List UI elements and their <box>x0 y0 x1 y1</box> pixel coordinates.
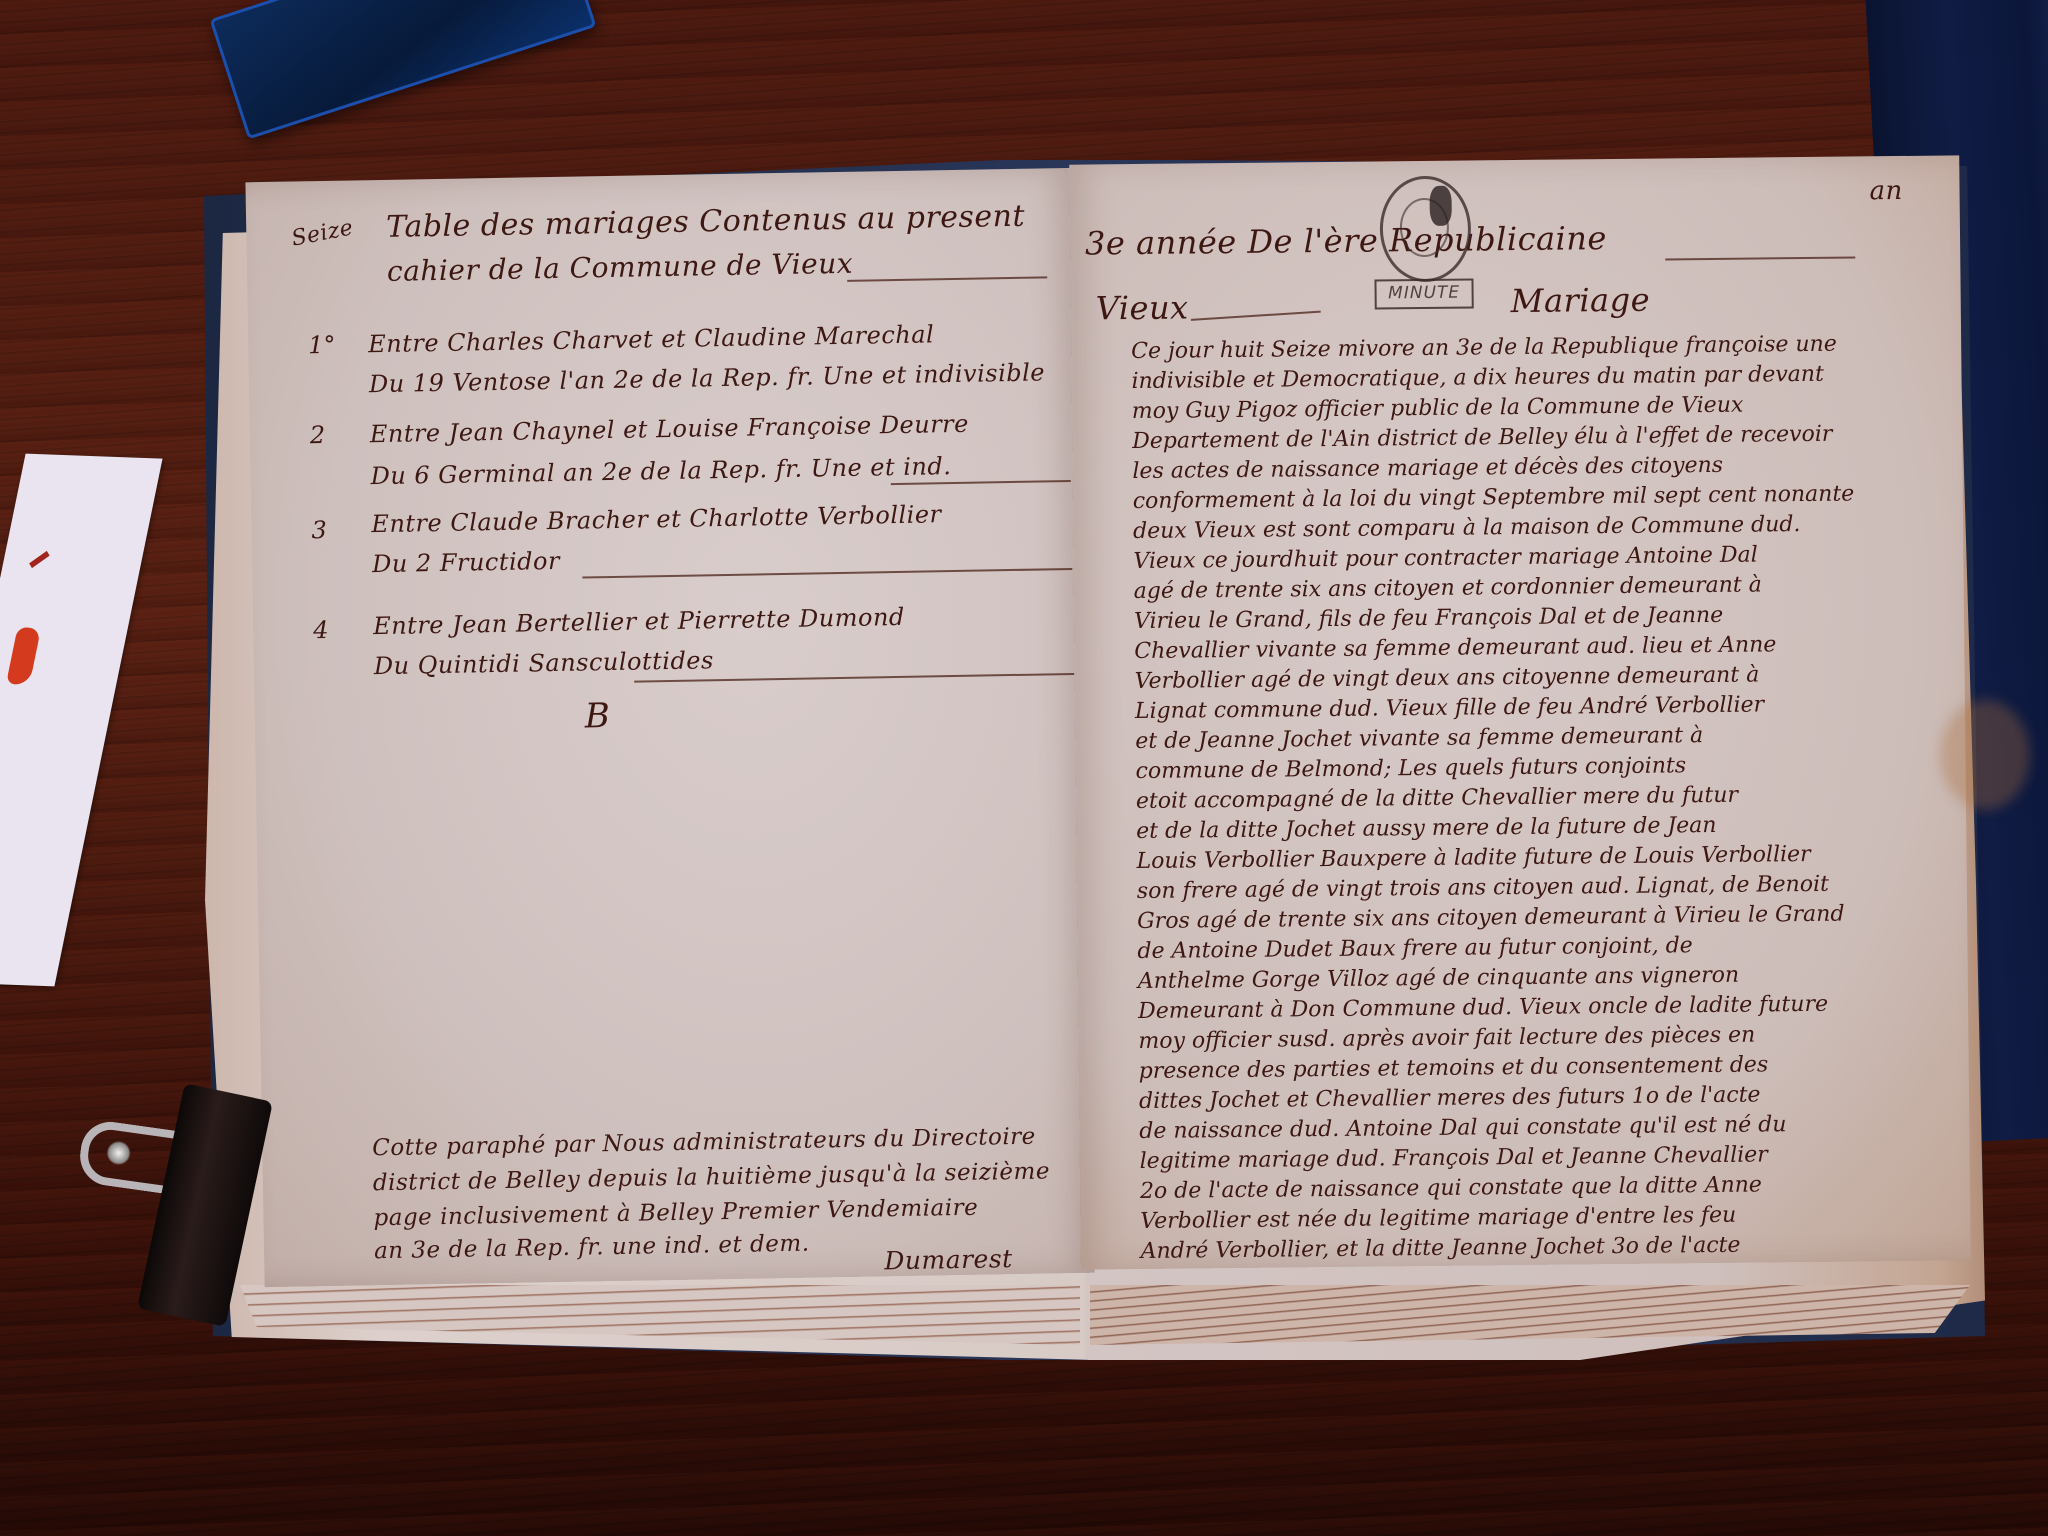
white-leaflet <box>0 454 163 987</box>
body-line: Demeurant à Don Commune dud. Vieux oncle… <box>1138 992 1828 1024</box>
body-line: Gros agé de trente six ans citoyen demeu… <box>1137 902 1845 934</box>
right-page: 3e année De l'ère Republicaine an Vieux … <box>1069 155 1971 1269</box>
entry-line: Entre Claude Bracher et Charlotte Verbol… <box>371 500 942 538</box>
entry-rule <box>891 480 1071 485</box>
entry-date: Du 19 Ventose l'an 2e de la Rep. fr. Une… <box>369 358 1045 398</box>
water-stain <box>1940 700 2030 810</box>
margin-note: Seize <box>290 215 356 251</box>
body-line: Chevallier vivante sa femme demeurant au… <box>1134 632 1776 664</box>
header-rule <box>1665 256 1855 260</box>
body-line: moy officier susd. après avoir fait lect… <box>1138 1023 1755 1054</box>
entry-rule <box>582 568 1072 579</box>
body-line: son frere agé de vingt trois ans citoyen… <box>1137 872 1829 904</box>
body-line: Anthelme Gorge Villoz agé de cinquante a… <box>1138 963 1740 994</box>
body-line: Verbollier agé de vingt deux ans citoyen… <box>1135 662 1760 694</box>
left-page: Seize Table des mariages Contenus au pre… <box>245 168 1094 1287</box>
certification-line: district de Belley depuis la huitième ju… <box>373 1158 1050 1196</box>
body-line: conformement à la loi du vingt Septembre… <box>1133 481 1855 514</box>
entry-line: Entre Jean Bertellier et Pierrette Dumon… <box>373 603 905 640</box>
entry-number: 4 <box>313 616 329 644</box>
body-line: André Verbollier, et la ditte Jeanne Joc… <box>1140 1233 1740 1264</box>
certification-line: page inclusivement à Belley Premier Vend… <box>373 1195 978 1232</box>
stamp-label: MINUTE <box>1374 278 1473 309</box>
leaflet-red-figure <box>6 627 41 685</box>
body-line: de Antoine Dudet Baux frere au futur con… <box>1137 933 1693 964</box>
table-title-line1: Table des mariages Contenus au present <box>386 199 1025 245</box>
body-line: deux Vieux est sont comparu à la maison … <box>1133 512 1801 544</box>
body-line: de naissance dud. Antoine Dal qui consta… <box>1139 1112 1786 1144</box>
body-line: Vieux ce jourdhuit pour contracter maria… <box>1133 543 1758 575</box>
entry-date: Du 2 Fructidor <box>372 547 560 578</box>
body-line: presence des parties et temoins et du co… <box>1139 1052 1769 1084</box>
body-line: Ce jour huit Seize mivore an 3e de la Re… <box>1131 332 1837 364</box>
body-line: Louis Verbollier Bauxpere à ladite futur… <box>1136 842 1810 874</box>
header-year: 3e année De l'ère Republicaine <box>1085 219 1607 262</box>
title-rule <box>847 276 1047 281</box>
body-line: dittes Jochet et Chevallier meres des fu… <box>1139 1083 1761 1115</box>
certification-line: an 3e de la Rep. fr. une ind. et dem. <box>374 1231 810 1265</box>
minute-stamp: MINUTE <box>1369 175 1475 316</box>
marriage-act-body: Ce jour huit Seize mivore an 3e de la Re… <box>1069 155 1959 164</box>
commune-name: Vieux <box>1096 288 1189 327</box>
body-line: agé de trente six ans citoyen et cordonn… <box>1134 572 1762 604</box>
body-line: et de la ditte Jochet aussy mere de la f… <box>1136 813 1717 844</box>
body-line: les actes de naissance mariage et décès … <box>1132 453 1723 484</box>
entry-number: 1° <box>308 331 336 359</box>
stamp-seal-blot <box>1429 186 1451 226</box>
entry-line: Entre Charles Charvet et Claudine Marech… <box>368 320 934 358</box>
entry-line: Entre Jean Chaynel et Louise Françoise D… <box>370 410 970 448</box>
body-line: et de Jeanne Jochet vivante sa femme dem… <box>1135 723 1703 754</box>
body-line: legitime mariage dud. François Dal et Je… <box>1140 1142 1768 1174</box>
section-title: Mariage <box>1510 281 1650 320</box>
body-line: indivisible et Democratique, a dix heure… <box>1131 362 1824 394</box>
entry-date: Du Quintidi Sansculottides <box>374 646 714 680</box>
header-an: an <box>1869 176 1903 206</box>
body-line: commune de Belmond; Les quels futurs con… <box>1135 753 1686 784</box>
entry-number: 2 <box>310 421 326 449</box>
certification-line: Cotte paraphé par Nous administrateurs d… <box>372 1124 1036 1162</box>
signature: Dumarest <box>884 1244 1013 1275</box>
body-line: Virieu le Grand, fils de feu François Da… <box>1134 603 1723 634</box>
body-line: Verbollier est née du legitime mariage d… <box>1140 1203 1736 1234</box>
body-line: Departement de l'Ain district de Belley … <box>1132 422 1832 454</box>
body-line: moy Guy Pigoz officier public de la Comm… <box>1132 393 1744 424</box>
paraph: B <box>584 696 610 736</box>
body-line: Lignat commune dud. Vieux fille de feu A… <box>1135 692 1764 724</box>
table-title-line2: cahier de la Commune de Vieux <box>387 247 854 288</box>
blue-tray <box>209 0 596 139</box>
entry-date: Du 6 Germinal an 2e de la Rep. fr. Une e… <box>370 452 951 490</box>
entry-number: 3 <box>311 516 327 544</box>
body-line: 2o de l'acte de naissance qui constate q… <box>1140 1172 1762 1204</box>
commune-rule <box>1191 311 1321 321</box>
leaflet-red-pin <box>29 551 49 568</box>
body-line: etoit accompagné de la ditte Chevallier … <box>1136 783 1738 814</box>
